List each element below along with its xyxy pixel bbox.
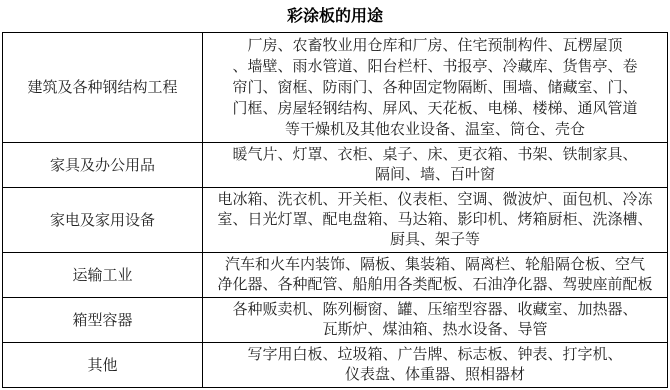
category-cell: 箱型容器 [3,298,203,343]
table-row: 建筑及各种钢结构工程 厂房、农畜牧业用仓库和厂房、住宅预制构件、瓦楞屋顶 、墙壁… [3,33,668,143]
category-cell: 家具及办公用品 [3,143,203,188]
uses-table: 建筑及各种钢结构工程 厂房、农畜牧业用仓库和厂房、住宅预制构件、瓦楞屋顶 、墙壁… [2,32,668,388]
items-cell: 汽车和火车内装饰、隔板、集装箱、隔离栏、轮船隔仓板、空气 净化器、各种配管、船舶… [203,253,668,298]
items-cell: 厂房、农畜牧业用仓库和厂房、住宅预制构件、瓦楞屋顶 、墙壁、雨水管道、阳台栏杆、… [203,33,668,143]
category-cell: 其他 [3,343,203,388]
items-cell: 电冰箱、洗衣机、开关柜、仪表柜、空调、微波炉、面包机、冷冻 室、日光灯罩、配电盘… [203,188,668,253]
category-cell: 建筑及各种钢结构工程 [3,33,203,143]
page-title: 彩涂板的用途 [0,0,670,32]
items-cell: 各种贩卖机、陈列橱窗、罐、压缩型容器、收藏室、加热器、 瓦斯炉、煤油箱、热水设备… [203,298,668,343]
table-row: 家具及办公用品 暖气片、灯罩、衣柜、桌子、床、更衣箱、书架、铁制家具、 隔间、墙… [3,143,668,188]
items-cell: 写字用白板、垃圾箱、广告牌、标志板、钟表、打字机、 仪表盘、体重器、照相器材 [203,343,668,388]
table-row: 箱型容器 各种贩卖机、陈列橱窗、罐、压缩型容器、收藏室、加热器、 瓦斯炉、煤油箱… [3,298,668,343]
items-cell: 暖气片、灯罩、衣柜、桌子、床、更衣箱、书架、铁制家具、 隔间、墙、百叶窗 [203,143,668,188]
category-cell: 运输工业 [3,253,203,298]
table-row: 其他 写字用白板、垃圾箱、广告牌、标志板、钟表、打字机、 仪表盘、体重器、照相器… [3,343,668,388]
table-row: 运输工业 汽车和火车内装饰、隔板、集装箱、隔离栏、轮船隔仓板、空气 净化器、各种… [3,253,668,298]
page: 彩涂板的用途 建筑及各种钢结构工程 厂房、农畜牧业用仓库和厂房、住宅预制构件、瓦… [0,0,670,390]
table-row: 家电及家用设备 电冰箱、洗衣机、开关柜、仪表柜、空调、微波炉、面包机、冷冻 室、… [3,188,668,253]
category-cell: 家电及家用设备 [3,188,203,253]
